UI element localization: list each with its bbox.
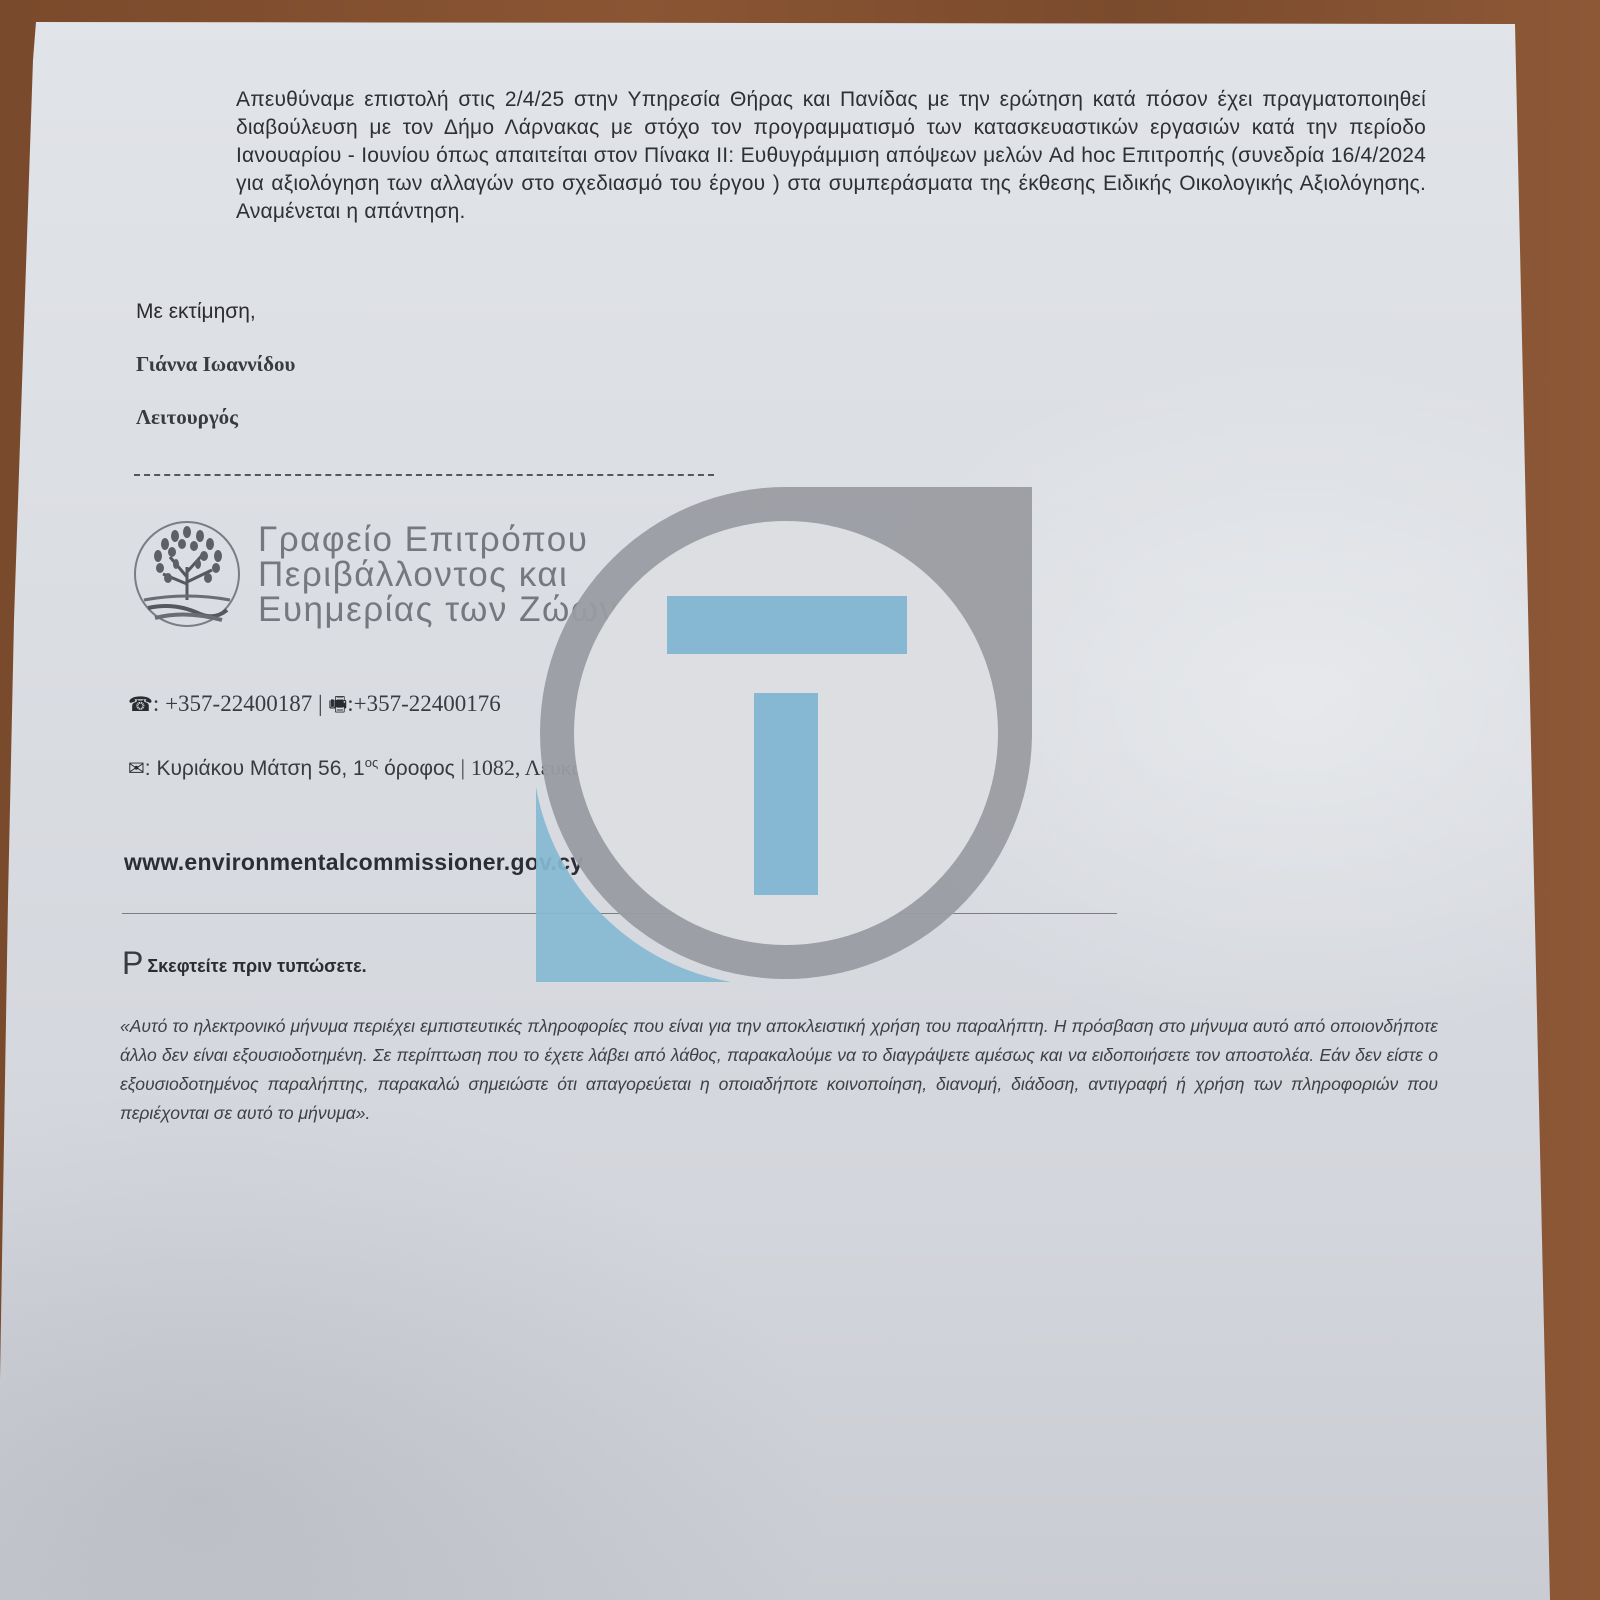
telephone-icon: ☎	[128, 692, 153, 717]
envelope-icon: ✉	[128, 756, 145, 781]
address-city: 1082, Λευκωσία, Κύπρος	[471, 755, 695, 780]
signatory-name: Γιάννα Ιωαννίδου	[136, 352, 295, 377]
org-name-line-1: Γραφείο Επιτρόπου	[258, 522, 619, 557]
fax-number: +357-22400176	[354, 691, 501, 716]
address-floor: όροφος	[378, 757, 455, 780]
organization-name: Γραφείο Επιτρόπου Περιβάλλοντος και Ευημ…	[258, 522, 619, 627]
org-name-line-3: Ευημερίας των Ζώων	[258, 592, 619, 627]
signature-divider	[134, 474, 714, 476]
address-street: Κυριάκου Μάτση 56, 1	[156, 757, 364, 780]
phone-fax-line: ☎: +357-22400187 | 🖷:+357-22400176	[128, 690, 501, 724]
confidentiality-disclaimer: «Αυτό το ηλεκτρονικό μήνυμα περιέχει εμπ…	[120, 1012, 1438, 1128]
letter-body: Απευθύναμε επιστολή στις 2/4/25 στην Υπη…	[236, 86, 1426, 226]
phone-number[interactable]: +357-22400187	[165, 691, 312, 716]
separator: |	[461, 755, 465, 780]
fax-icon: 🖷	[328, 690, 347, 724]
signatory-title: Λειτουργός	[136, 405, 238, 430]
think-before-print: PΣκεφτείτε πριν τυπώσετε.	[122, 945, 367, 982]
closing-salutation: Με εκτίμηση,	[136, 300, 256, 324]
org-name-line-2: Περιβάλλοντος και	[258, 557, 619, 592]
address-floor-suffix: ος	[365, 755, 379, 770]
website-link[interactable]: www.environmentalcommissioner.gov.cy	[124, 849, 583, 876]
tree-logo-icon	[130, 512, 245, 637]
paper-sheet	[0, 0, 1600, 1600]
eco-leaf-icon: P	[122, 945, 143, 981]
address-line: ✉: Κυριάκου Μάτση 56, 1ος όροφος | 1082,…	[128, 755, 695, 781]
think-before-print-text: Σκεφτείτε πριν τυπώσετε.	[147, 956, 366, 976]
footer-divider	[122, 913, 1117, 914]
separator: |	[318, 691, 323, 716]
